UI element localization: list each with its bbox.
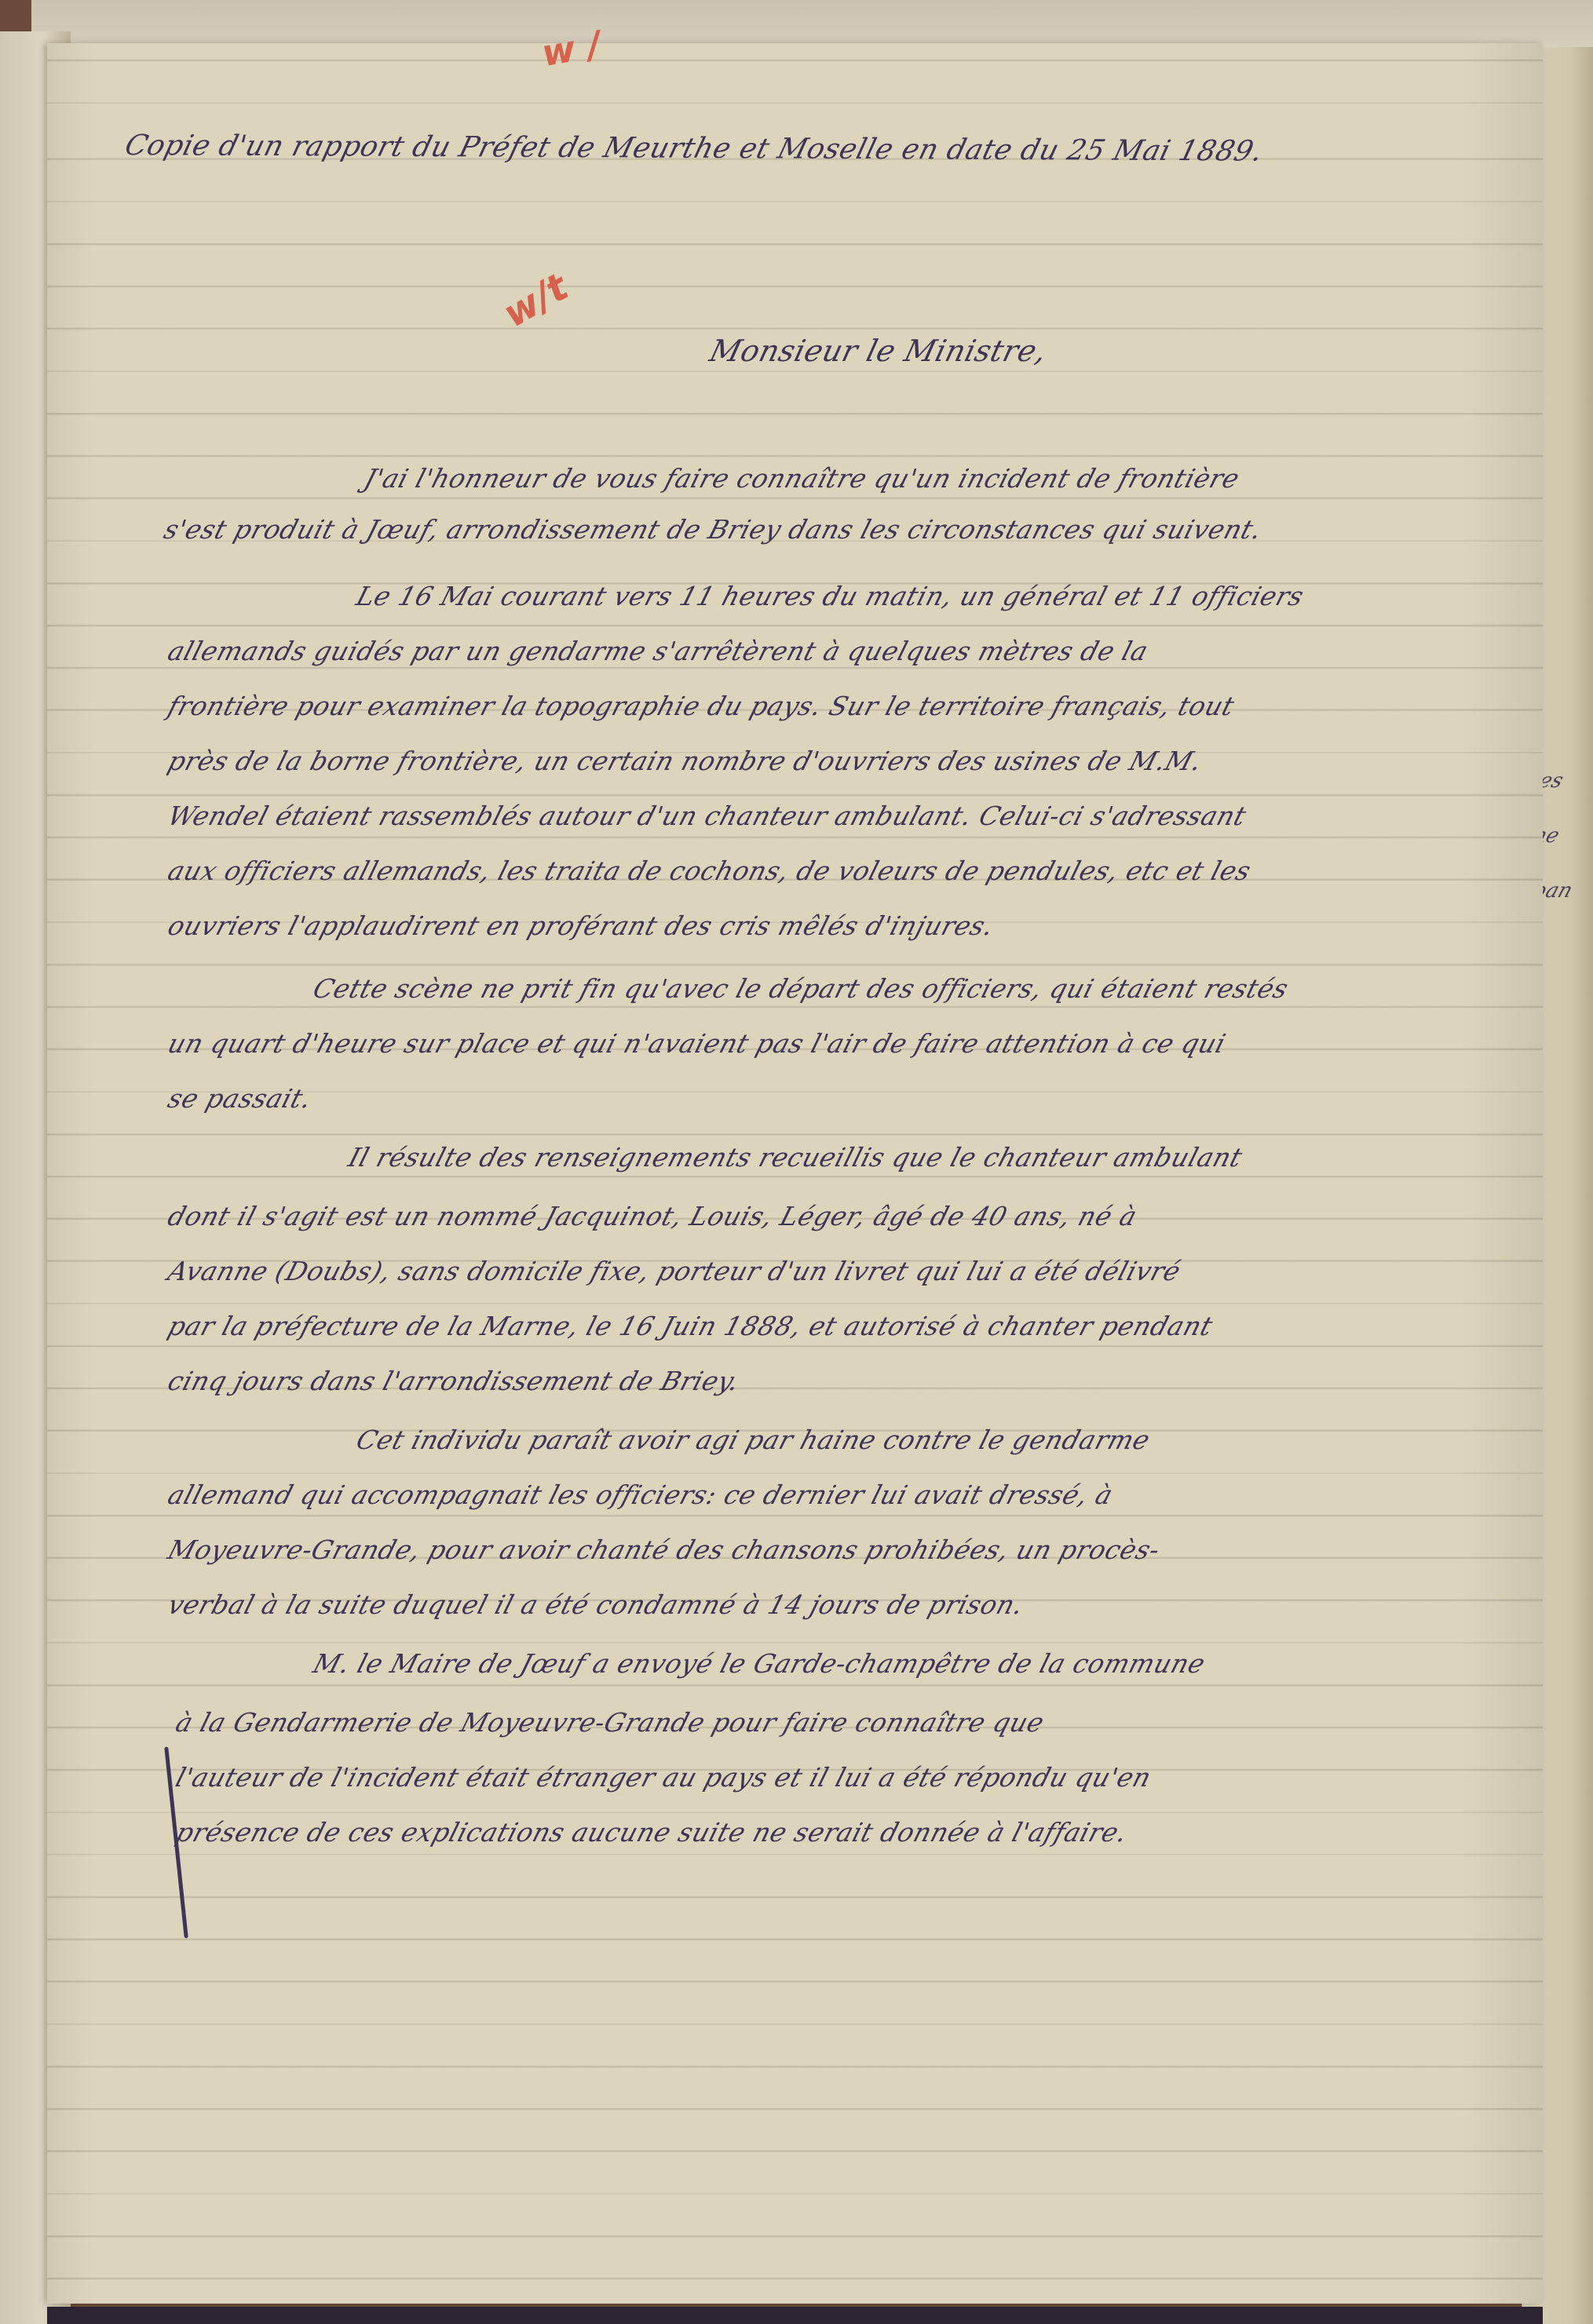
salutation: Monsieur le Ministre, <box>707 334 1051 368</box>
text-line: Il résulte des renseignements recueillis… <box>345 1142 1246 1173</box>
text-line: aux officiers allemands, les traita de c… <box>164 856 1255 886</box>
text-line: allemand qui accompagnait les officiers:… <box>164 1479 1116 1510</box>
text-line: Cet individu paraît avoir agi par haine … <box>353 1425 1153 1455</box>
manuscript-page <box>47 43 1543 2304</box>
text-line: s'est produit à Jœuf, arrondissement de … <box>160 514 1266 545</box>
text-line: M. le Maire de Jœuf a envoyé le Garde-ch… <box>309 1648 1208 1679</box>
text-line: par la préfecture de la Marne, le 16 Jui… <box>164 1311 1216 1341</box>
text-line: J'ai l'honneur de vous faire connaître q… <box>360 463 1243 494</box>
text-line: l'auteur de l'incident était étranger au… <box>172 1762 1155 1793</box>
text-line: près de la borne frontière, un certain n… <box>164 746 1205 776</box>
text-line: verbal à la suite duquel il a été condam… <box>164 1589 1027 1620</box>
text-line: dont il s'agit est un nommé Jacquinot, L… <box>164 1201 1140 1231</box>
text-line: allemands guidés par un gendarme s'arrêt… <box>164 636 1152 666</box>
text-line: Wendel étaient rassemblés autour d'un ch… <box>164 801 1250 831</box>
text-line: présence de ces explications aucune suit… <box>172 1817 1131 1848</box>
text-line: un quart d'heure sur place et qui n'avai… <box>164 1028 1229 1059</box>
document-header: Copie d'un rapport du Préfet de Meurthe … <box>122 130 1266 168</box>
text-line: à la Gendarmerie de Moyeuvre-Grande pour… <box>172 1707 1047 1738</box>
table-edge <box>47 2307 1543 2324</box>
text-line: cinq jours dans l'arrondissement de Brie… <box>164 1366 743 1396</box>
text-line: Le 16 Mai courant vers 11 heures du mati… <box>353 581 1307 611</box>
text-line: ouvriers l'applaudirent en proférant des… <box>164 910 997 941</box>
text-line: Moyeuvre-Grande, pour avoir chanté des c… <box>164 1534 1164 1565</box>
text-line: frontière pour examiner la topographie d… <box>164 691 1237 721</box>
text-line: Avanne (Doubs), sans domicile fixe, port… <box>164 1256 1184 1286</box>
text-line: se passait. <box>164 1083 315 1114</box>
text-line: Cette scène ne prit fin qu'avec le dépar… <box>309 973 1292 1004</box>
